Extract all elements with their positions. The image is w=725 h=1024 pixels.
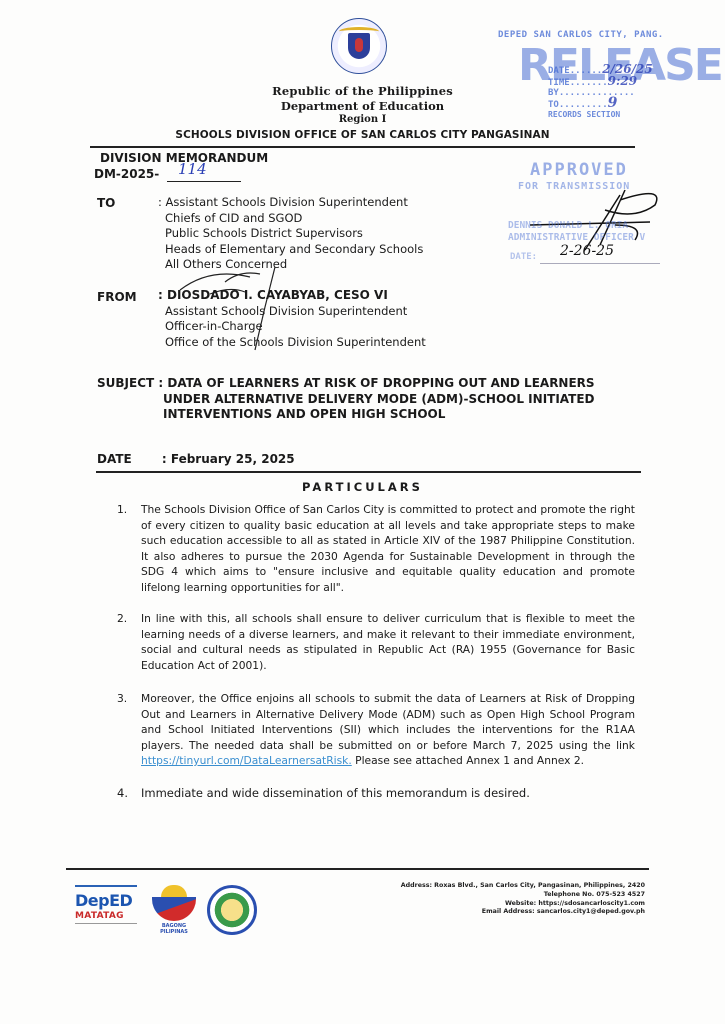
sender-office: Office of the Schools Division Superinte…	[165, 335, 426, 351]
paragraph-text: The Schools Division Office of San Carlo…	[141, 502, 635, 595]
memo-number-value: 114	[178, 160, 207, 178]
date-row: DATE : February 25, 2025	[97, 452, 295, 466]
paragraph-number: 3.	[117, 691, 127, 707]
sender-position: Officer-in-Charge	[165, 319, 426, 335]
memo-number-prefix: DM-2025-	[94, 167, 159, 181]
sdo-seal-icon	[207, 885, 257, 935]
header-divider	[90, 146, 635, 148]
email: Email Address: sancarlos.city1@deped.gov…	[401, 908, 645, 917]
paragraph-2: 2. In line with this, all schools shall …	[117, 611, 635, 673]
sun-icon	[161, 885, 187, 897]
recipient: : Assistant Schools Division Superintend…	[158, 195, 423, 211]
footer-divider	[66, 868, 649, 870]
data-link[interactable]: https://tinyurl.com/DataLearnersatRisk.	[141, 754, 352, 767]
paragraph-4: 4. Immediate and wide dissemination of t…	[117, 786, 635, 802]
subject-label: SUBJECT	[97, 376, 154, 390]
approver-block: DENNIS DONALD L. ORIA ADMINISTRATIVE OFF…	[508, 220, 645, 244]
released-stamp-fields: DATE......2/26/25 TIME.......9:29 BY....…	[548, 64, 653, 120]
subject-line: INTERVENTIONS AND OPEN HIGH SCHOOL	[97, 407, 637, 423]
field-by-label: BY	[548, 88, 559, 98]
field-date-label: DATE	[548, 66, 570, 76]
paragraph-text: In line with this, all schools shall ens…	[141, 611, 635, 673]
paragraph-3: 3. Moreover, the Office enjoins all scho…	[117, 691, 635, 769]
date-divider	[96, 471, 641, 473]
contact-info: Address: Roxas Blvd., San Carlos City, P…	[401, 882, 645, 917]
recipient: Public Schools District Supervisors	[165, 226, 423, 242]
subject-block: SUBJECT : DATA OF LEARNERS AT RISK OF DR…	[97, 376, 637, 423]
shield-icon	[348, 33, 370, 59]
sender-block: : DIOSDADO I. CAYABYAB, CESO VI Assistan…	[165, 288, 426, 350]
bagong-pilipinas-text: BAGONG PILIPINAS	[148, 923, 200, 935]
address: Address: Roxas Blvd., San Carlos City, P…	[401, 882, 645, 891]
approved-date-label: DATE:	[510, 252, 537, 262]
released-time: 9:29	[608, 74, 637, 88]
paragraph-number: 2.	[117, 611, 127, 627]
paragraph-text-after: Please see attached Annex 1 and Annex 2.	[352, 754, 584, 767]
released-to: 9	[608, 95, 618, 111]
paragraph-text-before: Moreover, the Office enjoins all schools…	[141, 692, 635, 752]
paragraph-number: 4.	[117, 786, 128, 802]
recipient: Heads of Elementary and Secondary School…	[165, 242, 423, 258]
particulars-heading: PARTICULARS	[0, 480, 725, 494]
subject-line: : DATA OF LEARNERS AT RISK OF DROPPING O…	[158, 376, 594, 390]
from-label: FROM	[97, 290, 137, 304]
telephone: Telephone No. 075-523 4527	[401, 891, 645, 900]
bagong-pilipinas-logo: BAGONG PILIPINAS	[148, 885, 200, 929]
field-to-label: TO	[548, 100, 559, 110]
approved-date-line	[540, 263, 660, 264]
approver-name: DENNIS DONALD L. ORIA	[508, 220, 645, 232]
field-time-label: TIME	[548, 78, 570, 88]
date-value: : February 25, 2025	[162, 452, 295, 466]
approved-date-value: 2-26-25	[560, 243, 614, 259]
deped-seal-icon	[331, 18, 387, 74]
paragraph-text: Immediate and wide dissemination of this…	[141, 786, 635, 802]
sender-name: : DIOSDADO I. CAYABYAB, CESO VI	[158, 288, 426, 304]
paragraph-text: Moreover, the Office enjoins all schools…	[141, 691, 635, 769]
released-stamp-footer: RECORDS SECTION	[548, 110, 653, 120]
to-label: TO	[97, 196, 115, 210]
header-office: SCHOOLS DIVISION OFFICE OF SAN CARLOS CI…	[0, 129, 725, 141]
paragraph-1: 1. The Schools Division Office of San Ca…	[117, 502, 635, 595]
recipient: Chiefs of CID and SGOD	[165, 211, 423, 227]
deped-logo-text: DepED	[75, 891, 137, 910]
approved-stamp-title: APPROVED	[530, 160, 628, 180]
released-stamp-header: DEPED SAN CARLOS CITY, PANG.	[498, 30, 664, 40]
paragraph-number: 1.	[117, 502, 127, 518]
deped-matatag-logo: DepED MATATAG	[75, 885, 137, 924]
memo-number-underline	[167, 181, 241, 182]
flag-icon	[152, 897, 196, 921]
date-label: DATE	[97, 452, 132, 466]
sender-position: Assistant Schools Division Superintenden…	[165, 304, 426, 320]
subject-line: UNDER ALTERNATIVE DELIVERY MODE (ADM)-SC…	[97, 392, 637, 408]
matatag-text: MATATAG	[75, 911, 137, 921]
